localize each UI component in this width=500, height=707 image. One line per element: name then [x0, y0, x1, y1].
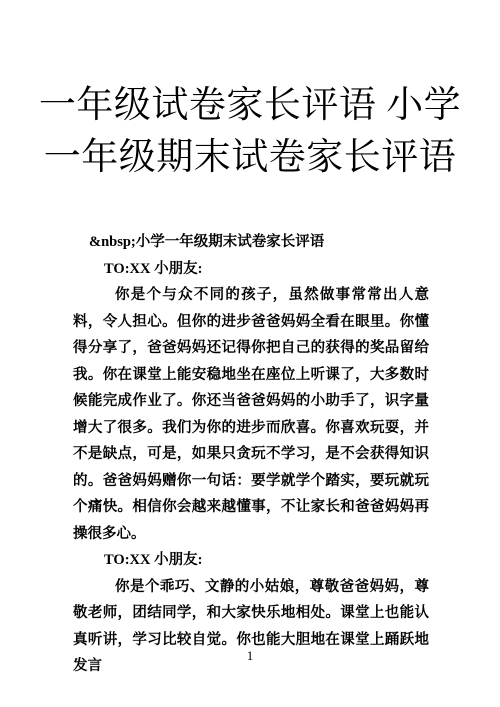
page-number: 1 [0, 648, 500, 664]
document-title: 一年级试卷家长评语 小学 一年级期末试卷家长评语 [0, 80, 500, 184]
document-title-line-1: 一年级试卷家长评语 小学 [39, 85, 461, 126]
document-title-line-2: 一年级期末试卷家长评语 [44, 137, 457, 178]
subtitle-line: &nbsp;小学一年级期末试卷家长评语 [73, 229, 429, 256]
comment-paragraph: 你是个与众不同的孩子，虽然做事常常出人意料，令人担心。但你的进步爸爸妈妈全看在眼… [73, 282, 429, 547]
document-body: &nbsp;小学一年级期末试卷家长评语 TO:XX 小朋友: 你是个与众不同的孩… [73, 229, 429, 680]
salutation-line: TO:XX 小朋友: [73, 547, 429, 574]
document-page: 一年级试卷家长评语 小学 一年级期末试卷家长评语 &nbsp;小学一年级期末试卷… [0, 0, 500, 707]
salutation-line: TO:XX 小朋友: [73, 256, 429, 283]
